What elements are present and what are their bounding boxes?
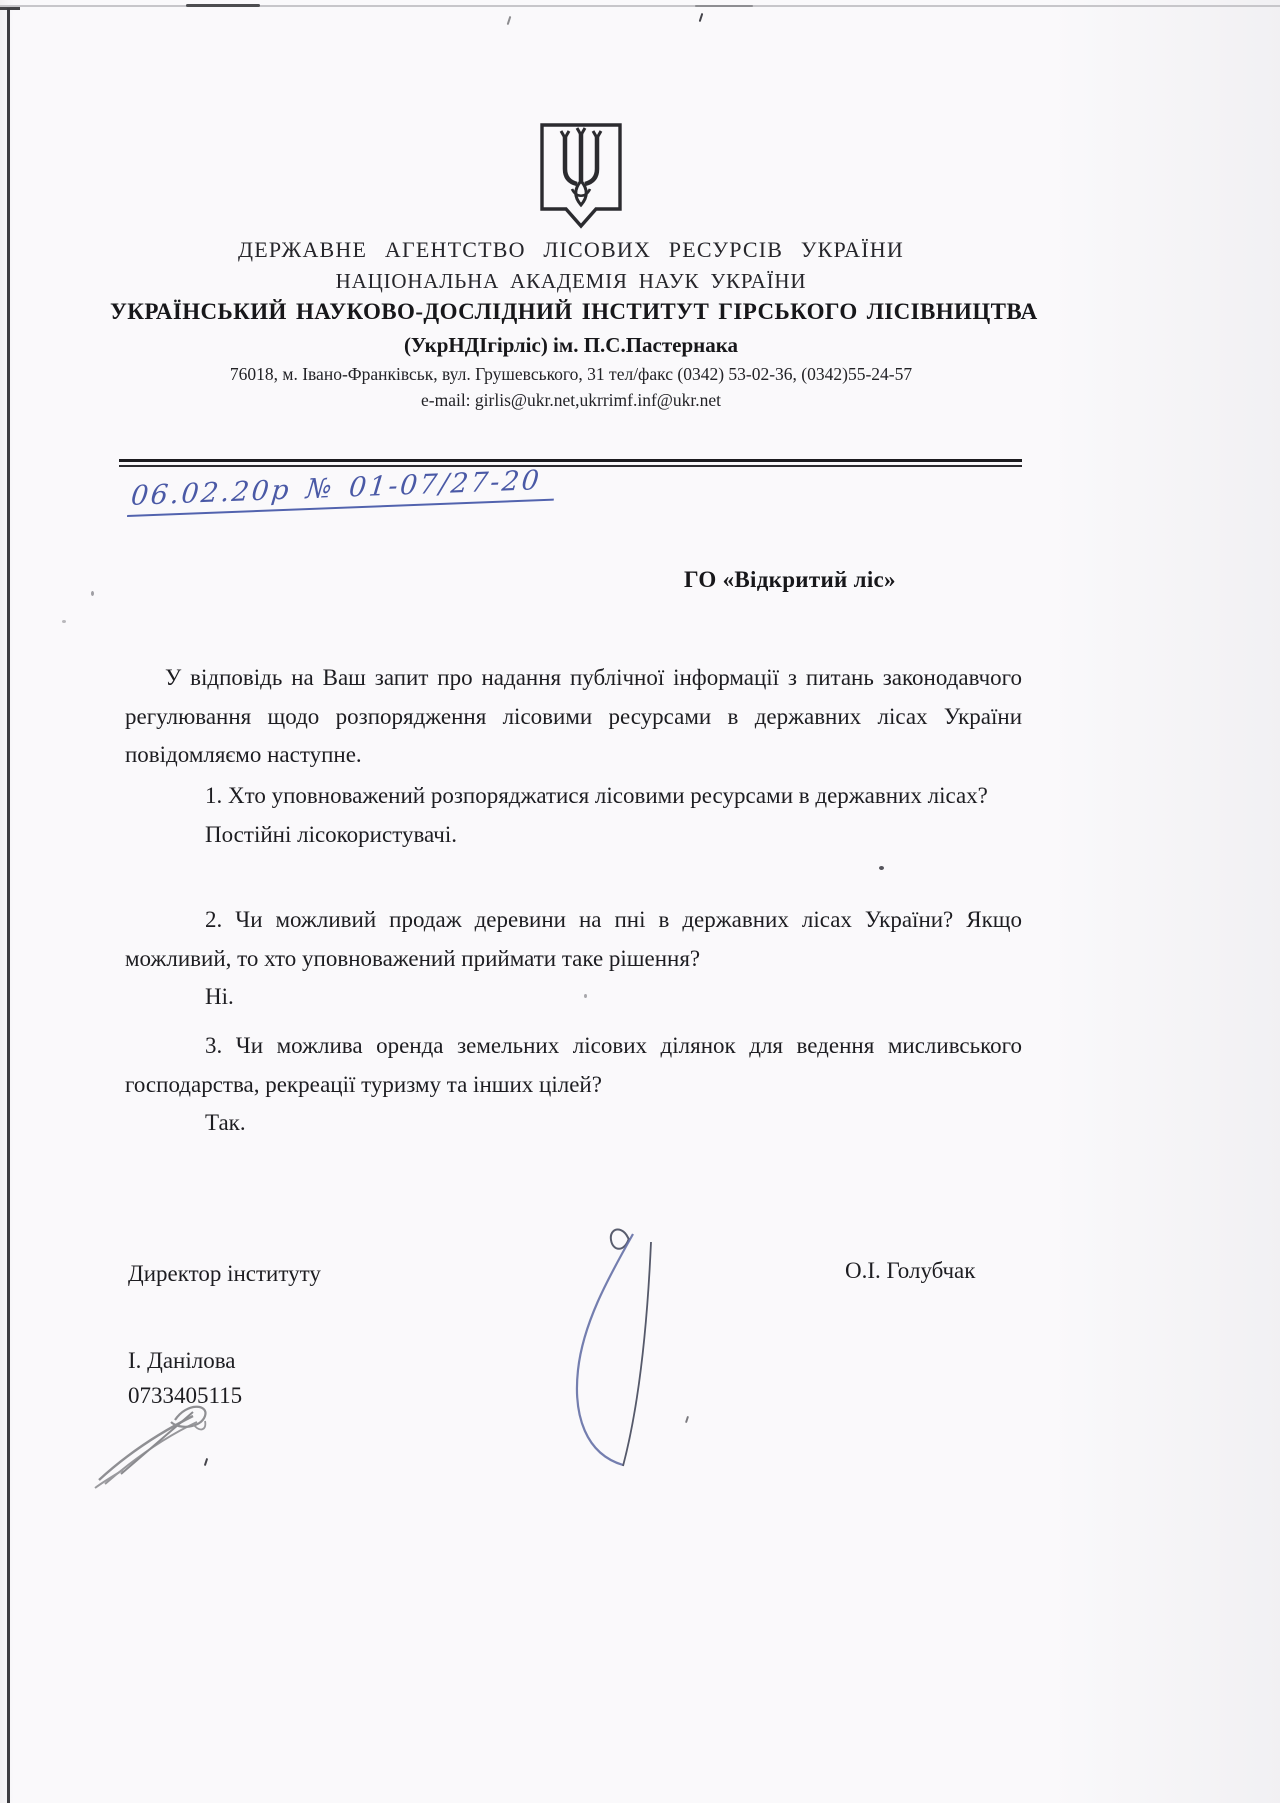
ukraine-trident-emblem	[537, 121, 625, 231]
question-text: 2. Чи можливий продаж деревини на пні в …	[125, 901, 1022, 978]
header-institute-short-line: (УкрНДІгірліс) ім. П.С.Пастернака	[110, 333, 1032, 358]
signature-stroke-icon	[93, 1396, 268, 1491]
signer-name: О.І. Голубчак	[845, 1258, 975, 1284]
qa-item-1: 1. Хто уповноважений розпоряджатися лісо…	[125, 777, 1022, 854]
answer-text: Постійні лісокористувачі.	[125, 816, 1022, 855]
scan-top-smudge	[186, 4, 260, 7]
director-signature	[483, 1210, 728, 1490]
scan-speck	[879, 866, 884, 870]
question-text: 3. Чи можлива оренда земельних лісових д…	[125, 1027, 1022, 1104]
signer-title: Директор інституту	[128, 1261, 321, 1287]
clerk-signature	[93, 1396, 268, 1491]
header-agency-line: ДЕРЖАВНЕ АГЕНТСТВО ЛІСОВИХ РЕСУРСІВ УКРА…	[110, 237, 1032, 263]
trident-icon	[537, 121, 625, 231]
scan-speck	[507, 16, 512, 25]
header-divider-rule	[119, 459, 1022, 467]
scan-corner-mark	[0, 7, 20, 10]
intro-paragraph: У відповідь на Ваш запит про надання пуб…	[125, 659, 1022, 775]
header-institute-line: УКРАЇНСЬКИЙ НАУКОВО-ДОСЛІДНИЙ ІНСТИТУТ Г…	[110, 299, 1032, 325]
recipient-line: ГО «Відкритий ліс»	[684, 567, 896, 593]
scan-speck	[62, 620, 66, 623]
scan-top-smudge	[695, 5, 753, 7]
scanned-letter-page: ДЕРЖАВНЕ АГЕНТСТВО ЛІСОВИХ РЕСУРСІВ УКРА…	[0, 0, 1280, 1803]
qa-item-3: 3. Чи можлива оренда земельних лісових д…	[125, 1027, 1022, 1143]
signature-stroke-icon	[483, 1210, 728, 1490]
answer-text: Так.	[125, 1104, 1022, 1143]
header-address-line: 76018, м. Івано-Франківськ, вул. Грушевс…	[110, 364, 1032, 385]
handwritten-reference-number: 06.02.20р № 01-07/27-20	[127, 464, 557, 517]
answer-text: Ні.	[125, 978, 1022, 1017]
scan-speck	[91, 591, 94, 596]
question-text: 1. Хто уповноважений розпоряджатися лісо…	[125, 777, 1022, 816]
header-academy-line: НАЦІОНАЛЬНА АКАДЕМІЯ НАУК УКРАЇНИ	[110, 269, 1032, 294]
header-email-line: e-mail: girlis@ukr.net,ukrrimf.inf@ukr.n…	[110, 390, 1032, 411]
qa-item-2: 2. Чи можливий продаж деревини на пні в …	[125, 901, 1022, 1017]
contact-name: І. Данілова	[128, 1343, 242, 1378]
scan-left-edge-line	[7, 8, 10, 1803]
scan-speck	[699, 13, 704, 22]
